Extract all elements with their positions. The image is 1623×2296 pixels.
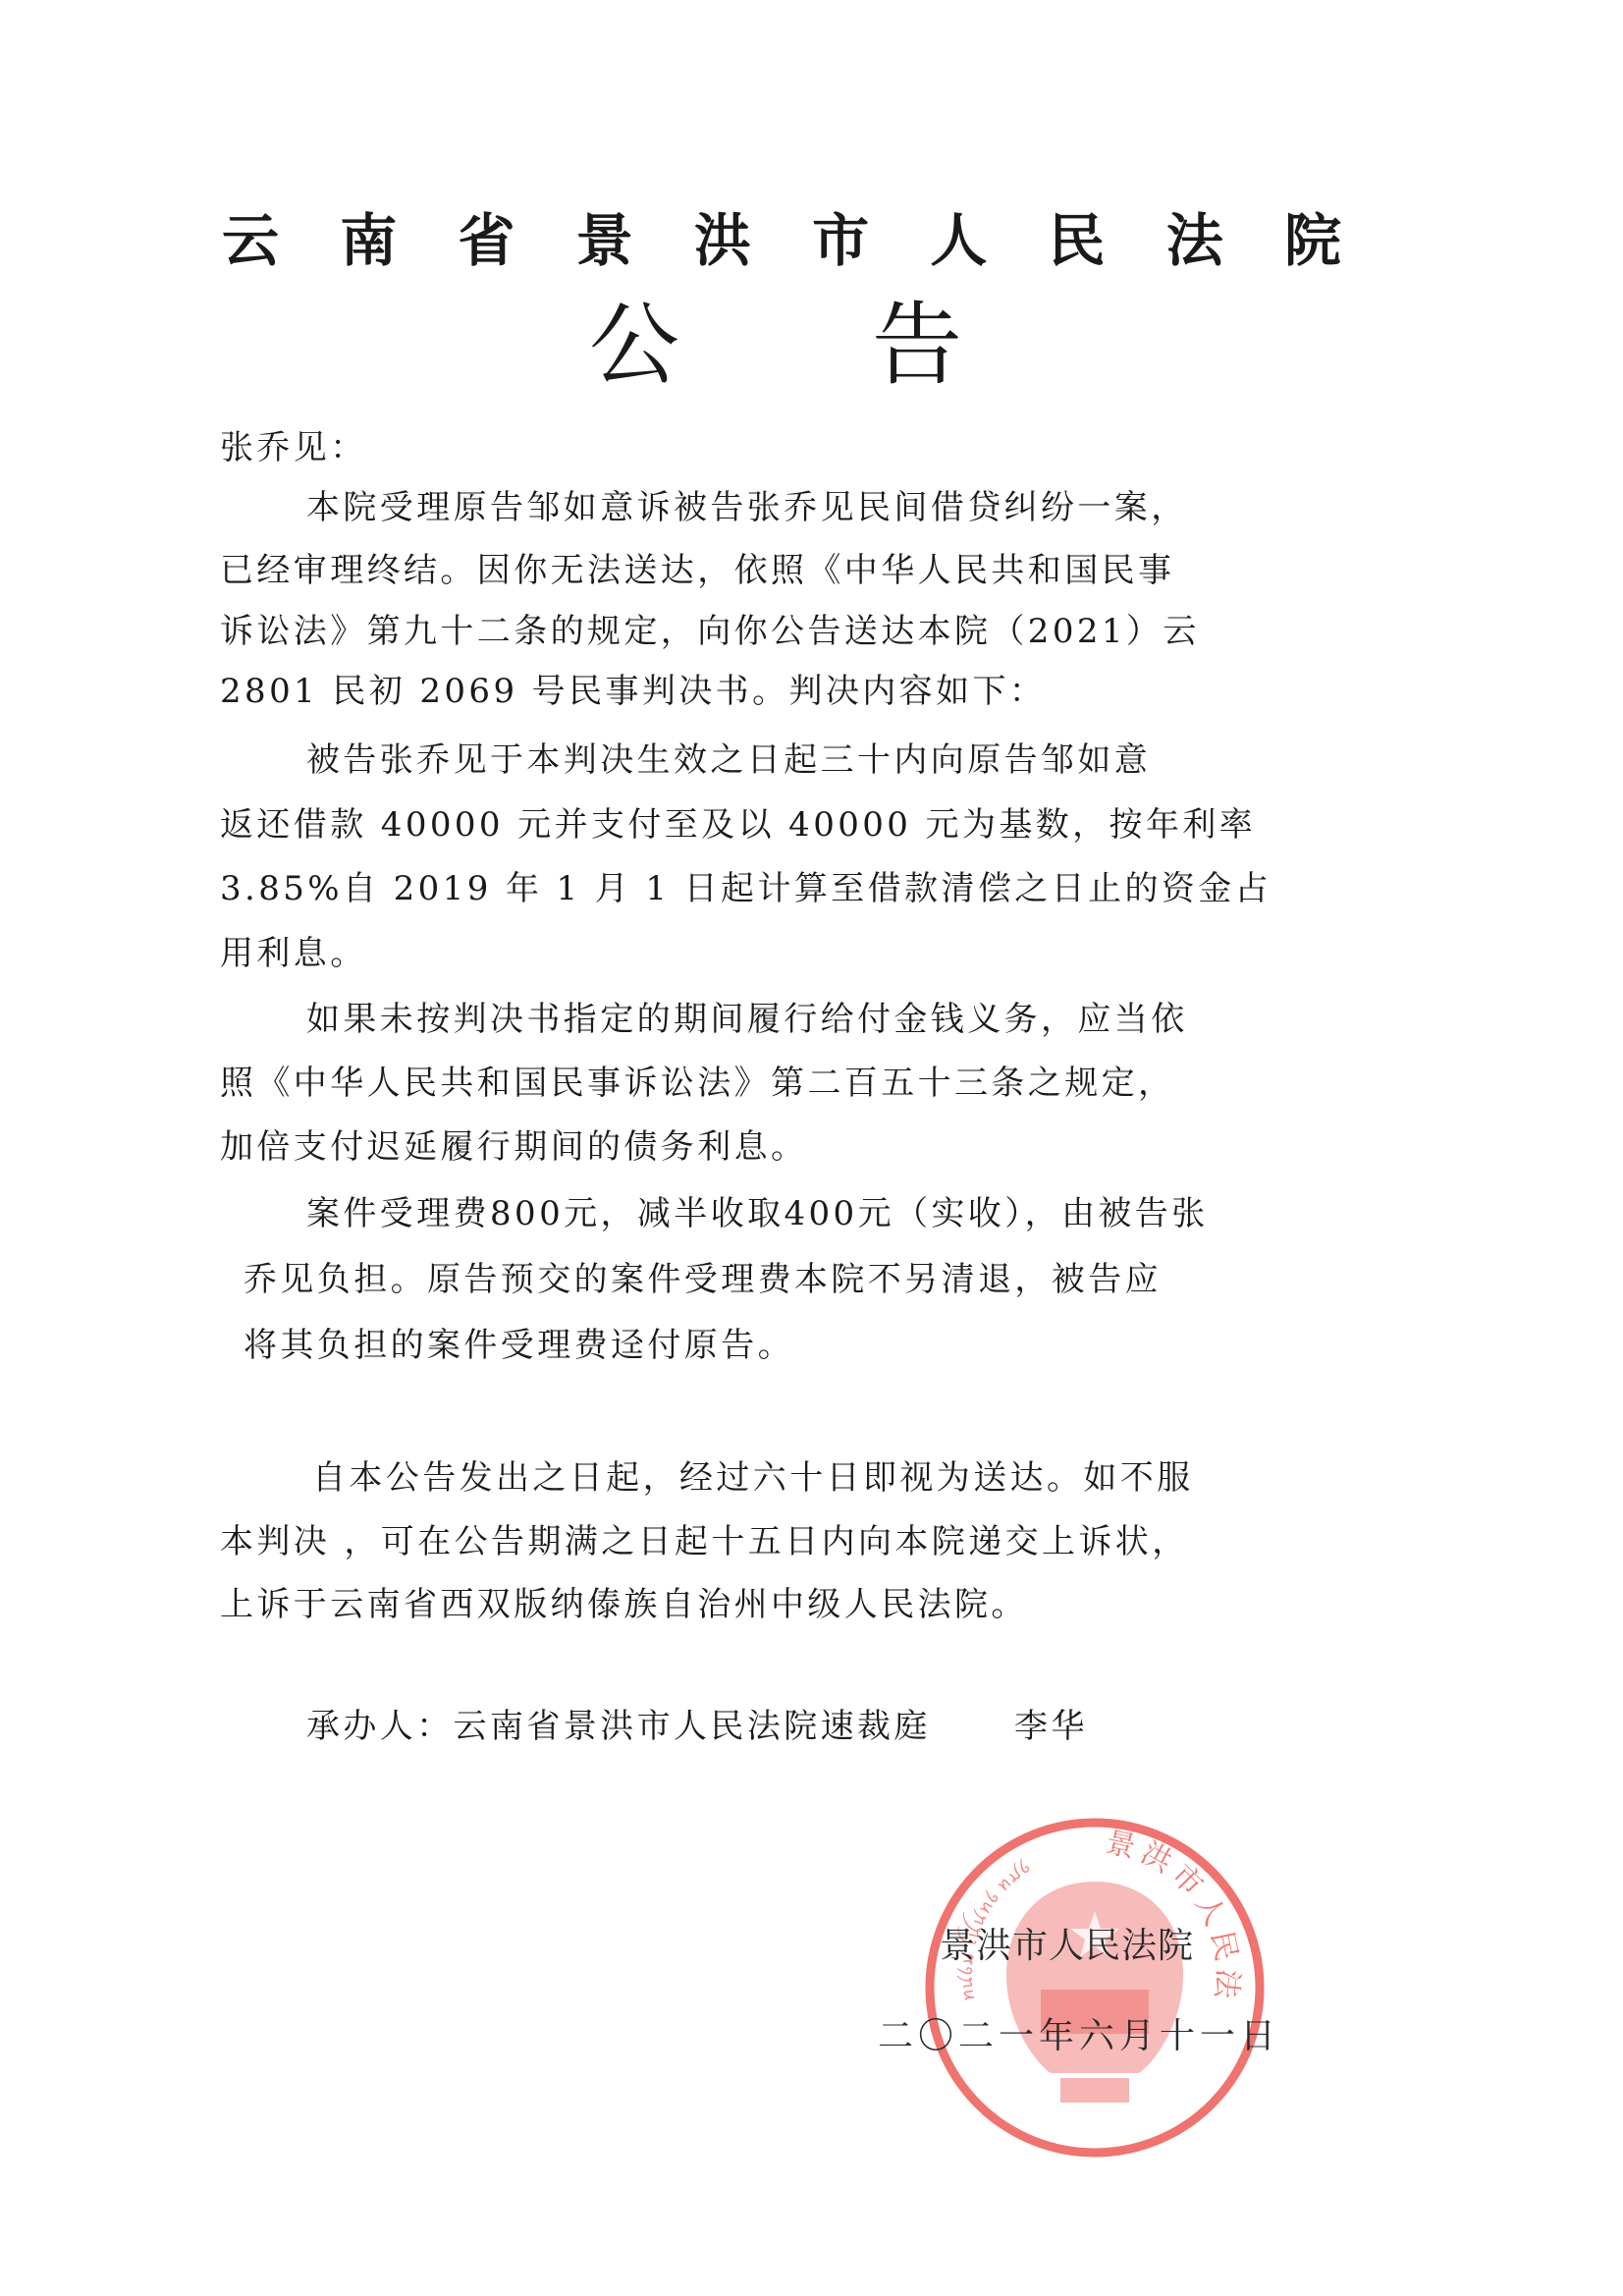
paragraph-line: 将其负担的案件受理费迳付原告。 — [243, 1326, 794, 1365]
paragraph-line: 本判决 ，可在公告期满之日起十五日内向本院递交上诉状， — [220, 1522, 1189, 1561]
paragraph-line: 3.85%自 2019 年 1 月 1 日起计算至借款清偿之日止的资金占 — [220, 869, 1271, 908]
paragraph-line: 诉讼法》第九十二条的规定，向你公告送达本院（2021）云 — [220, 612, 1200, 651]
paragraph-line: 已经审理终结。因你无法送达，依照《中华人民共和国民事 — [220, 551, 1174, 590]
paragraph-line: 案件受理费800元，减半收取400元（实收），由被告张 — [306, 1194, 1209, 1233]
heading-char: 人 — [930, 208, 987, 273]
heading-char: 市 — [812, 208, 869, 273]
heading-char: 南 — [340, 208, 397, 273]
paragraph-line: 如果未按判决书指定的期间履行给付金钱义务，应当依 — [306, 1000, 1188, 1039]
paragraph-line: 乔见负担。原告预交的案件受理费本院不另清退，被告应 — [243, 1260, 1162, 1299]
heading-char: 法 — [1166, 208, 1223, 273]
court-name-heading: 云 南 省 景 洪 市 人 民 法 院 — [222, 208, 1341, 273]
notice-title: 公 告 — [589, 295, 962, 397]
signature-date: 二〇二一年六月十一日 — [878, 2017, 1280, 2056]
heading-char: 院 — [1284, 208, 1341, 273]
paragraph-line: 被告张乔见于本判决生效之日起三十内向原告邹如意 — [306, 740, 1151, 780]
paragraph-line: 返还借款 40000 元并支付至及以 40000 元为基数，按年利率 — [220, 805, 1256, 845]
paragraph-line: 用利息。 — [220, 934, 367, 973]
case-handler: 承办人：云南省景洪市人民法院速裁庭 李华 — [306, 1707, 1088, 1746]
paragraph-line: 本院受理原告邹如意诉被告张乔见民间借贷纠纷一案， — [306, 488, 1188, 527]
heading-char: 景 — [576, 208, 633, 273]
signature-court-name: 景洪市人民法院 — [940, 1927, 1194, 1966]
title-char: 公 — [589, 295, 679, 397]
heading-char: 民 — [1049, 208, 1106, 273]
court-seal-icon: 景洪市人民法院 ꪀꪙꪉꪣ ꪶꪊꪙꪀꪉ ꪀꪣꪉ — [923, 1813, 1267, 2162]
paragraph-line: 加倍支付迟延履行期间的债务利息。 — [220, 1127, 807, 1167]
paragraph-line: 照《中华人民共和国民事诉讼法》第二百五十三条之规定， — [220, 1064, 1174, 1103]
title-char: 告 — [872, 295, 962, 397]
paragraph-line: 上诉于云南省西双版纳傣族自治州中级人民法院。 — [220, 1585, 1028, 1624]
heading-char: 云 — [222, 208, 279, 273]
addressee: 张乔见： — [220, 428, 367, 467]
paragraph-line: 2801 民初 2069 号民事判决书。判决内容如下： — [220, 672, 1046, 711]
heading-char: 洪 — [694, 208, 751, 273]
heading-char: 省 — [458, 208, 514, 273]
paragraph-line: 自本公告发出之日起，经过六十日即视为送达。如不服 — [312, 1458, 1194, 1498]
